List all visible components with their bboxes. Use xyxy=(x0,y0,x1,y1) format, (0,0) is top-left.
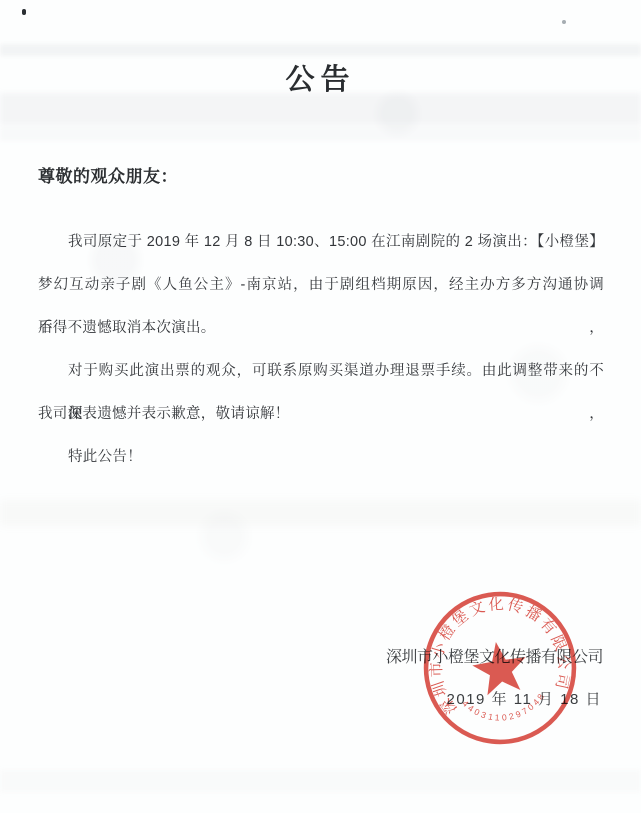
seal-ring xyxy=(415,583,584,752)
signature-date: 2019 年 11 月 18 日 xyxy=(447,688,602,709)
body-line: 我司原定于 2019 年 12 月 8 日 10:30、15:00 在江南剧院的… xyxy=(38,221,604,264)
company-seal-stamp: 深圳市小橙堡文化传播有限公司 4403110297048 xyxy=(410,578,591,759)
scan-artifact-dot xyxy=(562,20,566,24)
scan-artifact-dot xyxy=(22,9,26,15)
scan-artifact-band xyxy=(0,44,641,56)
scan-artifact-band xyxy=(0,500,641,526)
body-line: 特此公告！ xyxy=(38,436,604,479)
scan-artifact-band xyxy=(0,770,641,792)
scan-artifact-band xyxy=(0,127,641,141)
document-body: 我司原定于 2019 年 12 月 8 日 10:30、15:00 在江南剧院的… xyxy=(38,221,604,479)
signature-company-name: 深圳市小橙堡文化传播有限公司 xyxy=(386,644,603,667)
salutation: 尊敬的观众朋友： xyxy=(38,162,178,187)
body-line: 梦幻互动亲子剧《人鱼公主》-南京站，由于剧组档期原因，经主办方多方沟通协调后， xyxy=(38,264,604,307)
body-line: 对于购买此演出票的观众，可联系原购买渠道办理退票手续。由此调整带来的不便， xyxy=(38,350,604,393)
announcement-document-page: 公告 尊敬的观众朋友： 我司原定于 2019 年 12 月 8 日 10:30、… xyxy=(0,0,641,813)
document-title: 公告 xyxy=(0,57,641,98)
